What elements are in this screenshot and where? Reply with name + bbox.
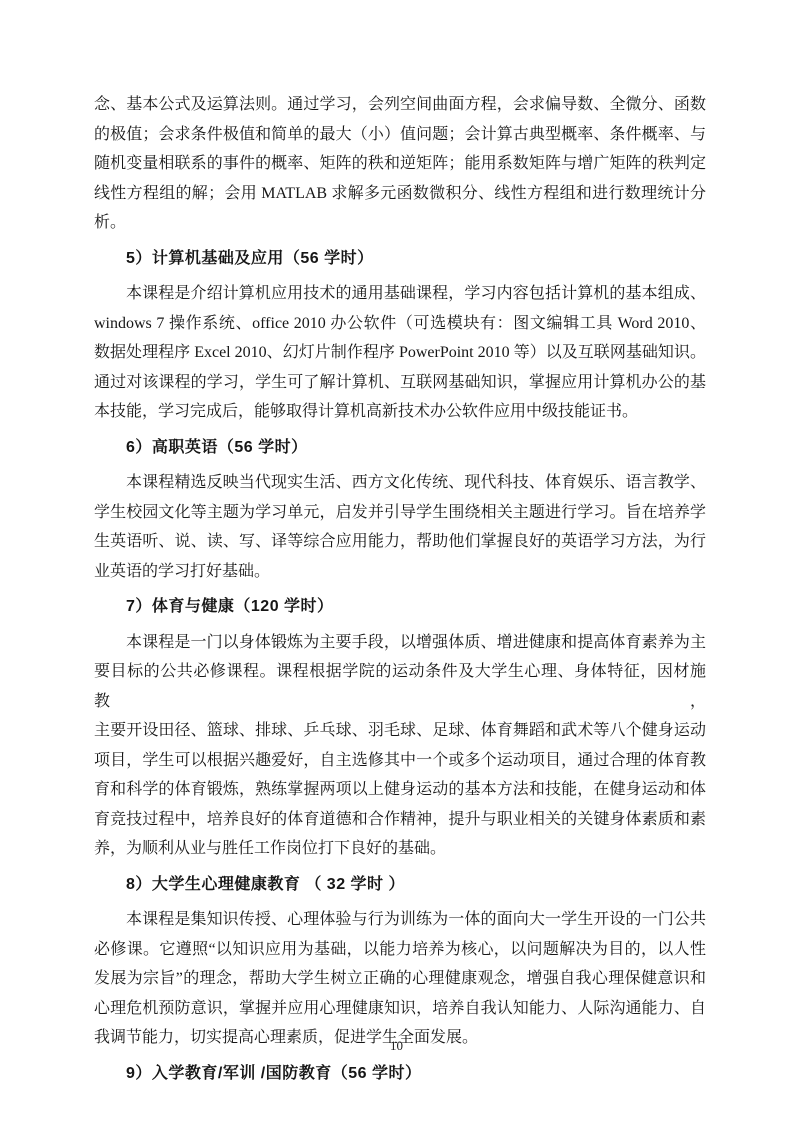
section-heading: 8）大学生心理健康教育 （ 32 学时 ） [94, 870, 706, 900]
paragraph-line: 养，为顺利从业与胜任工作岗位打下良好的基础。 [94, 834, 706, 864]
paragraph-line: 本课程是介绍计算机应用技术的通用基础课程，学习内容包括计算机的基本组成、 [94, 279, 706, 309]
section-heading: 5）计算机基础及应用（56 学时） [94, 244, 706, 274]
paragraph-line: 线性方程组的解；会用 MATLAB 求解多元函数微积分、线性方程组和进行数理统计… [94, 179, 706, 238]
paragraph-line: 本课程是集知识传授、心理体验与行为训练为一体的面向大一学生开设的一门公共 [94, 905, 706, 935]
paragraph-line: 项目，学生可以根据兴趣爱好，自主选修其中一个或多个运动项目，通过合理的体育教 [94, 746, 706, 776]
paragraph-line: 本课程精选反映当代现实生活、西方文化传统、现代科技、体育娱乐、语言教学、 [94, 468, 706, 498]
paragraph: 本课程是介绍计算机应用技术的通用基础课程，学习内容包括计算机的基本组成、wind… [94, 279, 706, 427]
paragraph-line: 要目标的公共必修课程。课程根据学院的运动条件及大学生心理、身体特征，因材施教， [94, 657, 706, 716]
section-heading: 9）入学教育/军训 /国防教育（56 学时） [94, 1059, 706, 1089]
paragraph: 念、基本公式及运算法则。通过学习，会列空间曲面方程，会求偏导数、全微分、函数的极… [94, 90, 706, 238]
paragraph: 本课程是一门以身体锻炼为主要手段，以增强体质、增进健康和提高体育素养为主要目标的… [94, 628, 706, 864]
page-number: 10 [0, 1038, 793, 1054]
paragraph-line: 业英语的学习打好基础。 [94, 557, 706, 587]
section-heading: 7）体育与健康（120 学时） [94, 592, 706, 622]
paragraph-line: 本技能，学习完成后，能够取得计算机高新技术办公软件应用中级技能证书。 [94, 397, 706, 427]
paragraph-line: 发展为宗旨”的理念，帮助大学生树立正确的心理健康观念，增强自我心理保健意识和 [94, 964, 706, 994]
paragraph-line: 生英语听、说、读、写、译等综合应用能力，帮助他们掌握良好的英语学习方法，为行 [94, 527, 706, 557]
paragraph-line: windows 7 操作系统、office 2010 办公软件（可选模块有：图文… [94, 309, 706, 339]
paragraph-line: 学生校园文化等主题为学习单元，启发并引导学生围绕相关主题进行学习。旨在培养学 [94, 498, 706, 528]
paragraph-line: 本课程是一门以身体锻炼为主要手段，以增强体质、增进健康和提高体育素养为主 [94, 628, 706, 658]
paragraph-line: 必修课。它遵照“以知识应用为基础，以能力培养为核心，以问题解决为目的，以人性 [94, 935, 706, 965]
paragraph: 本课程是集知识传授、心理体验与行为训练为一体的面向大一学生开设的一门公共必修课。… [94, 905, 706, 1053]
paragraph-line: 育和科学的体育锻炼，熟练掌握两项以上健身运动的基本方法和技能，在健身运动和体 [94, 775, 706, 805]
paragraph-line: 通过对该课程的学习，学生可了解计算机、互联网基础知识，掌握应用计算机办公的基 [94, 368, 706, 398]
document-page: 念、基本公式及运算法则。通过学习，会列空间曲面方程，会求偏导数、全微分、函数的极… [0, 0, 793, 1122]
paragraph-line: 的极值；会求条件极值和简单的最大（小）值问题；会计算古典型概率、条件概率、与 [94, 120, 706, 150]
paragraph-line: 念、基本公式及运算法则。通过学习，会列空间曲面方程，会求偏导数、全微分、函数 [94, 90, 706, 120]
page-content: 念、基本公式及运算法则。通过学习，会列空间曲面方程，会求偏导数、全微分、函数的极… [94, 90, 706, 1094]
paragraph-line: 数据处理程序 Excel 2010、幻灯片制作程序 PowerPoint 201… [94, 338, 706, 368]
paragraph-line: 随机变量相联系的事件的概率、矩阵的秩和逆矩阵；能用系数矩阵与增广矩阵的秩判定 [94, 149, 706, 179]
paragraph-line: 主要开设田径、篮球、排球、乒乓球、羽毛球、足球、体育舞蹈和武术等八个健身运动 [94, 716, 706, 746]
paragraph: 本课程精选反映当代现实生活、西方文化传统、现代科技、体育娱乐、语言教学、学生校园… [94, 468, 706, 586]
section-heading: 6）高职英语（56 学时） [94, 433, 706, 463]
paragraph-line: 育竞技过程中，培养良好的体育道德和合作精神，提升与职业相关的关键身体素质和素 [94, 805, 706, 835]
paragraph-line: 心理危机预防意识，掌握并应用心理健康知识，培养自我认知能力、人际沟通能力、自 [94, 994, 706, 1024]
